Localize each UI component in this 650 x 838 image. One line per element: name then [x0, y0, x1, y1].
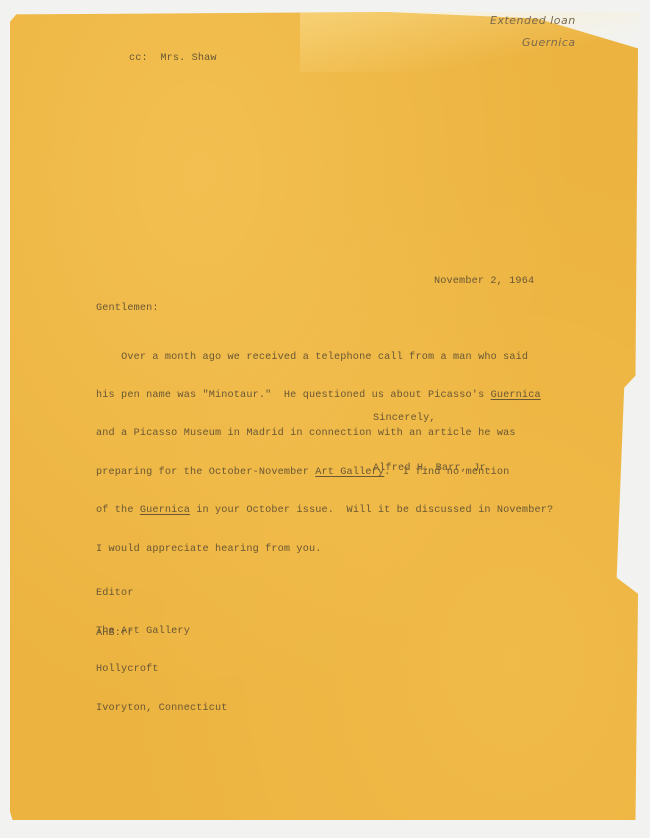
body-text: of the	[96, 505, 140, 516]
signature: Alfred H. Barr, Jr.	[373, 463, 492, 476]
body-line-2: his pen name was "Minotaur." He question…	[96, 390, 553, 403]
body-text: I would appreciate hearing from you.	[96, 544, 322, 555]
body-text: preparing for the October-November	[96, 467, 315, 478]
salutation: Gentlemen:	[96, 303, 159, 316]
letter-body: Over a month ago we received a telephone…	[96, 326, 553, 569]
body-text: and a Picasso Museum in Madrid in connec…	[96, 428, 516, 439]
handwritten-annotation-1: Extended loan	[490, 14, 576, 27]
body-text: in your October issue. Will it be discus…	[190, 505, 553, 516]
letter-date: November 2, 1964	[434, 276, 534, 289]
underlined-title-guernica: Guernica	[491, 390, 541, 401]
underlined-title-guernica: Guernica	[140, 505, 190, 516]
closing: Sincerely,	[373, 413, 436, 426]
body-line-1: Over a month ago we received a telephone…	[96, 352, 553, 365]
address-line: Ivoryton, Connecticut	[96, 703, 228, 716]
body-line-5: of the Guernica in your October issue. W…	[96, 505, 553, 518]
handwritten-annotation-2: Guernica	[522, 36, 576, 49]
body-text: Over a month ago we received a telephone…	[121, 352, 528, 363]
body-line-3: and a Picasso Museum in Madrid in connec…	[96, 428, 553, 441]
cc-line: cc: Mrs. Shaw	[129, 53, 217, 66]
body-text: his pen name was "Minotaur." He question…	[96, 390, 491, 401]
address-line: Editor	[96, 588, 228, 601]
typist-initials: AHB:rr	[96, 628, 134, 641]
recipient-address: Editor The Art Gallery Hollycroft Ivoryt…	[96, 562, 228, 728]
body-line-6: I would appreciate hearing from you.	[96, 544, 553, 557]
address-line: Hollycroft	[96, 664, 228, 677]
